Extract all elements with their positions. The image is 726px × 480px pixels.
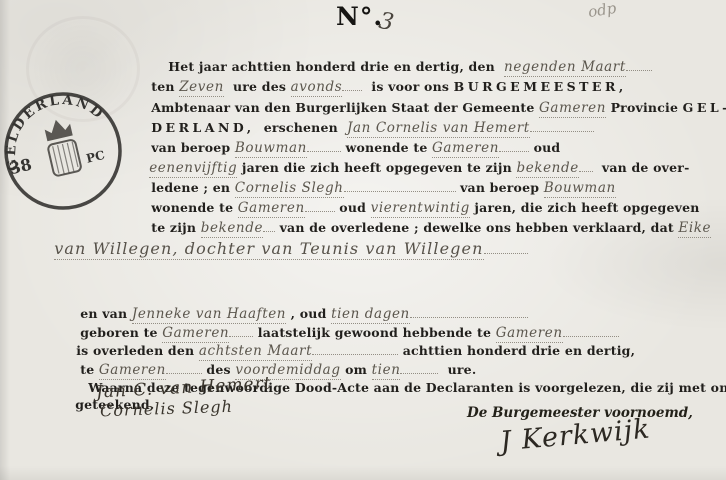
printed-text: GEL- (683, 100, 726, 115)
printed-text: Provincie (606, 100, 683, 115)
act-number-label: N°. (336, 2, 383, 31)
text-line: van Willegen, dochter van Teunis van Wil… (36, 226, 528, 272)
signature-declarant-2: Cornelis Slegh (100, 397, 234, 421)
act-number-handwritten: 3 (377, 8, 396, 36)
stamp-code: PC (85, 148, 106, 166)
dotted-rule (626, 59, 652, 71)
stamp-number: 38 (8, 155, 34, 179)
archival-pencil-note: odp (587, 0, 618, 21)
act-number: N°.3 (336, 2, 398, 31)
handwritten-entry: Eike (678, 220, 711, 238)
death-certificate-page: N°.3 odp GELDERLAND 38 PC Het jaar achtt… (0, 0, 726, 480)
handwritten-entry: van Willegen, dochter van Teunis van Wil… (54, 239, 483, 260)
shield-hatching (53, 142, 79, 176)
crown-icon (43, 117, 73, 141)
dotted-rule (484, 242, 528, 254)
shield-icon (47, 139, 81, 176)
